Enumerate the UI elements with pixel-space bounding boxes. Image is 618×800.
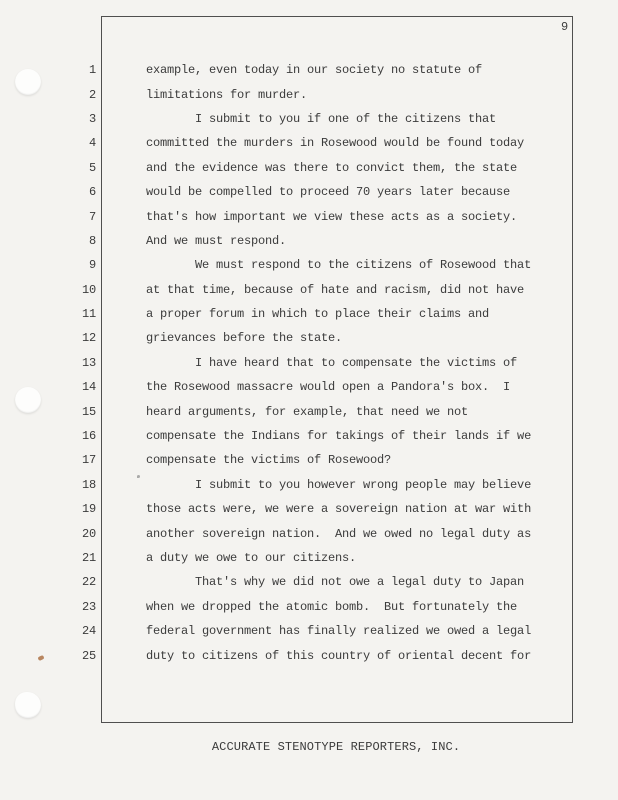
line-number: 23 [0,600,96,614]
line-number: 19 [0,502,96,516]
line-number: 13 [0,356,96,370]
line-text: example, even today in our society no st… [96,63,482,77]
line-number: 21 [0,551,96,565]
line-text: limitations for murder. [96,88,307,102]
transcript-line: 5and the evidence was there to convict t… [0,156,618,180]
line-number: 25 [0,649,96,663]
line-number: 14 [0,380,96,394]
line-number: 17 [0,453,96,467]
line-text: We must respond to the citizens of Rosew… [96,258,531,272]
transcript-line: 21a duty we owe to our citizens. [0,546,618,570]
transcript-line: 24federal government has finally realize… [0,619,618,643]
line-number: 4 [0,136,96,150]
transcript-line: 25duty to citizens of this country of or… [0,643,618,667]
transcript-line: 2limitations for murder. [0,82,618,106]
transcript-line: 9 We must respond to the citizens of Ros… [0,253,618,277]
line-text: would be compelled to proceed 70 years l… [96,185,510,199]
line-text: I submit to you however wrong people may… [96,478,531,492]
line-text: at that time, because of hate and racism… [96,283,524,297]
line-number: 11 [0,307,96,321]
transcript-line: 18 I submit to you however wrong people … [0,473,618,497]
transcript-line: 10at that time, because of hate and raci… [0,278,618,302]
transcript-body: 1example, even today in our society no s… [0,58,618,668]
line-number: 20 [0,527,96,541]
line-number: 22 [0,575,96,589]
transcript-line: 6would be compelled to proceed 70 years … [0,180,618,204]
line-number: 8 [0,234,96,248]
line-text: I have heard that to compensate the vict… [96,356,517,370]
line-number: 3 [0,112,96,126]
line-text: another sovereign nation. And we owed no… [96,527,531,541]
line-text: And we must respond. [96,234,286,248]
line-number: 15 [0,405,96,419]
line-text: I submit to you if one of the citizens t… [96,112,496,126]
page-number: 9 [561,20,568,34]
line-text: and the evidence was there to convict th… [96,161,517,175]
transcript-line: 22 That's why we did not owe a legal dut… [0,570,618,594]
reporter-footer: ACCURATE STENOTYPE REPORTERS, INC. [101,740,571,754]
transcript-line: 14the Rosewood massacre would open a Pan… [0,375,618,399]
transcript-line: 13 I have heard that to compensate the v… [0,351,618,375]
line-text: federal government has finally realized … [96,624,531,638]
line-text: grievances before the state. [96,331,342,345]
transcript-line: 23when we dropped the atomic bomb. But f… [0,595,618,619]
line-text: That's why we did not owe a legal duty t… [96,575,524,589]
transcript-page: 9 1example, even today in our society no… [0,0,618,800]
transcript-line: 1example, even today in our society no s… [0,58,618,82]
transcript-line: 19those acts were, we were a sovereign n… [0,497,618,521]
line-number: 1 [0,63,96,77]
transcript-line: 8And we must respond. [0,229,618,253]
line-number: 6 [0,185,96,199]
line-number: 10 [0,283,96,297]
line-text: heard arguments, for example, that need … [96,405,468,419]
transcript-line: 15heard arguments, for example, that nee… [0,399,618,423]
line-number: 24 [0,624,96,638]
line-number: 2 [0,88,96,102]
line-number: 16 [0,429,96,443]
line-number: 9 [0,258,96,272]
transcript-line: 11a proper forum in which to place their… [0,302,618,326]
transcript-line: 4committed the murders in Rosewood would… [0,131,618,155]
line-text: committed the murders in Rosewood would … [96,136,524,150]
transcript-line: 7that's how important we view these acts… [0,204,618,228]
line-text: a proper forum in which to place their c… [96,307,489,321]
line-text: compensate the victims of Rosewood? [96,453,391,467]
transcript-line: 3 I submit to you if one of the citizens… [0,107,618,131]
line-text: compensate the Indians for takings of th… [96,429,531,443]
transcript-line: 16compensate the Indians for takings of … [0,424,618,448]
hole-punch-bottom [15,692,41,718]
line-text: the Rosewood massacre would open a Pando… [96,380,510,394]
transcript-line: 12grievances before the state. [0,326,618,350]
line-text: when we dropped the atomic bomb. But for… [96,600,517,614]
line-text: those acts were, we were a sovereign nat… [96,502,531,516]
line-text: that's how important we view these acts … [96,210,517,224]
line-text: duty to citizens of this country of orie… [96,649,531,663]
transcript-line: 17compensate the victims of Rosewood? [0,448,618,472]
transcript-line: 20another sovereign nation. And we owed … [0,521,618,545]
line-number: 12 [0,331,96,345]
line-number: 18 [0,478,96,492]
line-number: 5 [0,161,96,175]
line-number: 7 [0,210,96,224]
line-text: a duty we owe to our citizens. [96,551,356,565]
